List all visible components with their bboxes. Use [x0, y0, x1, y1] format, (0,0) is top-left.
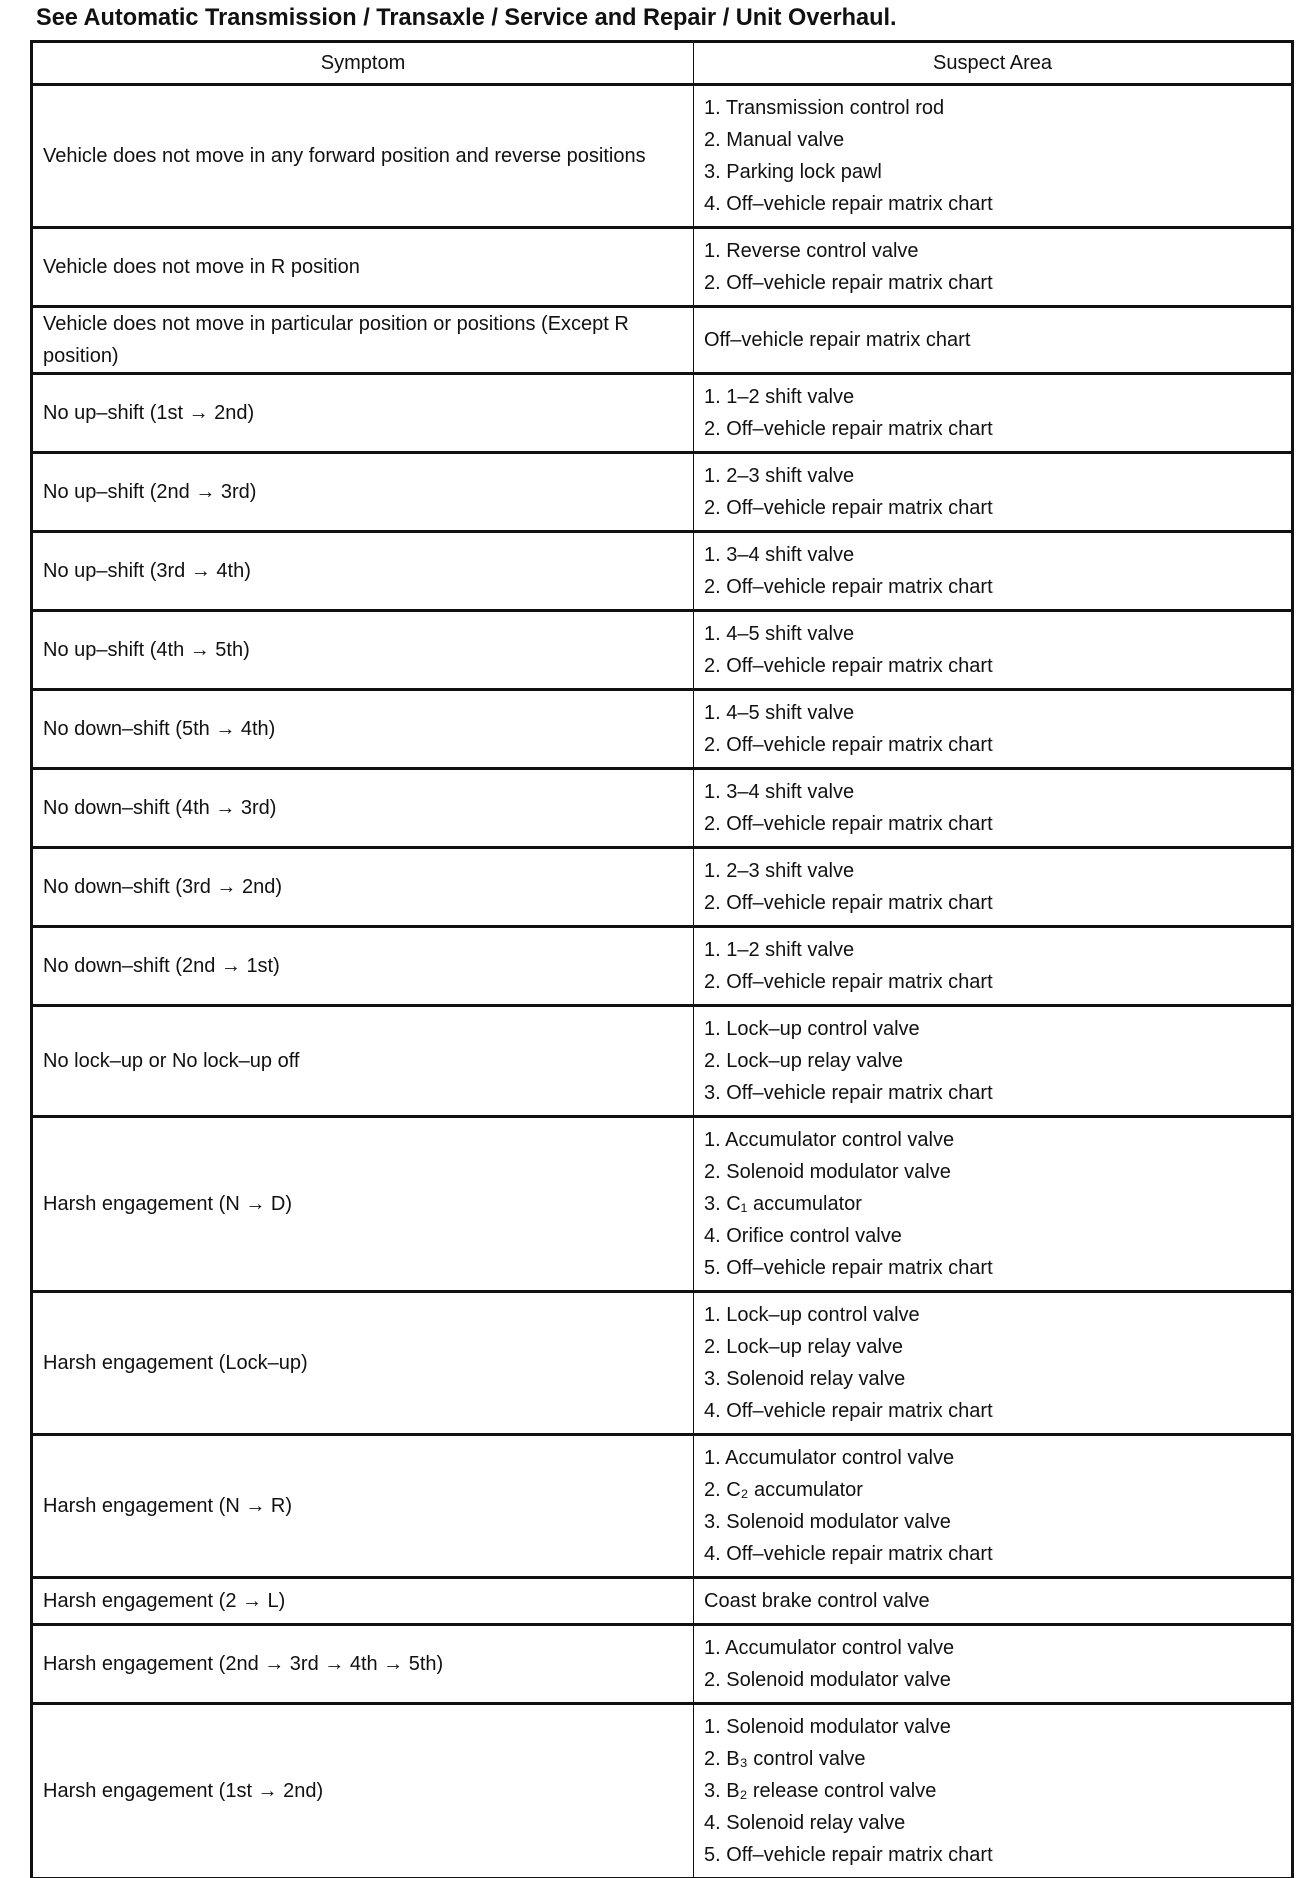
- suspect-area-cell: 1. 3–4 shift valve2. Off–vehicle repair …: [694, 532, 1293, 611]
- suspect-item: 4. Solenoid relay valve: [704, 1807, 1281, 1839]
- suspect-area-cell: 1. 2–3 shift valve2. Off–vehicle repair …: [694, 453, 1293, 532]
- suspect-item: 1. 1–2 shift valve: [704, 381, 1281, 413]
- suspect-area-cell: 1. 4–5 shift valve2. Off–vehicle repair …: [694, 611, 1293, 690]
- symptom-cell: No up–shift (4th → 5th): [32, 611, 694, 690]
- suspect-item: 3. B₂ release control valve: [704, 1775, 1281, 1807]
- symptom-cell: Vehicle does not move in R position: [32, 228, 694, 307]
- symptom-cell: Harsh engagement (N → D): [32, 1117, 694, 1292]
- suspect-item: 3. Solenoid relay valve: [704, 1363, 1281, 1395]
- suspect-item: Off–vehicle repair matrix chart: [704, 324, 1281, 356]
- suspect-item: Coast brake control valve: [704, 1585, 1281, 1617]
- symptom-cell: No lock–up or No lock–up off: [32, 1006, 694, 1117]
- suspect-area-cell: 1. 2–3 shift valve2. Off–vehicle repair …: [694, 848, 1293, 927]
- suspect-item: 1. Accumulator control valve: [704, 1632, 1281, 1664]
- table-row: Harsh engagement (N → D)1. Accumulator c…: [32, 1117, 1293, 1292]
- suspect-item: 1. 3–4 shift valve: [704, 539, 1281, 571]
- suspect-item: 5. Off–vehicle repair matrix chart: [704, 1252, 1281, 1284]
- suspect-area-cell: 1. Accumulator control valve2. Solenoid …: [694, 1117, 1293, 1292]
- symptom-cell: No down–shift (5th → 4th): [32, 690, 694, 769]
- suspect-item: 1. Solenoid modulator valve: [704, 1711, 1281, 1743]
- suspect-item: 2. Off–vehicle repair matrix chart: [704, 571, 1281, 603]
- symptom-cell: No up–shift (1st → 2nd): [32, 374, 694, 453]
- table-row: No up–shift (1st → 2nd)1. 1–2 shift valv…: [32, 374, 1293, 453]
- suspect-item: 4. Orifice control valve: [704, 1220, 1281, 1252]
- table-row: Vehicle does not move in R position1. Re…: [32, 228, 1293, 307]
- suspect-area-cell: 1. Lock–up control valve2. Lock–up relay…: [694, 1292, 1293, 1435]
- table-row: Harsh engagement (2 → L)Coast brake cont…: [32, 1578, 1293, 1625]
- symptom-cell: Vehicle does not move in particular posi…: [32, 307, 694, 374]
- suspect-item: 1. 2–3 shift valve: [704, 855, 1281, 887]
- suspect-item: 3. C₁ accumulator: [704, 1188, 1281, 1220]
- symptom-cell: Harsh engagement (1st → 2nd): [32, 1704, 694, 1878]
- suspect-item: 1. 2–3 shift valve: [704, 460, 1281, 492]
- table-row: No lock–up or No lock–up off1. Lock–up c…: [32, 1006, 1293, 1117]
- suspect-item: 4. Off–vehicle repair matrix chart: [704, 188, 1281, 220]
- suspect-item: 3. Solenoid modulator valve: [704, 1506, 1281, 1538]
- symptom-cell: Harsh engagement (2 → L): [32, 1578, 694, 1625]
- suspect-item: 3. Off–vehicle repair matrix chart: [704, 1077, 1281, 1109]
- table-row: Harsh engagement (N → R)1. Accumulator c…: [32, 1435, 1293, 1578]
- suspect-item: 1. 1–2 shift valve: [704, 934, 1281, 966]
- suspect-item: 2. B₃ control valve: [704, 1743, 1281, 1775]
- suspect-area-cell: 1. Accumulator control valve2. C₂ accumu…: [694, 1435, 1293, 1578]
- symptom-matrix-table: Symptom Suspect Area Vehicle does not mo…: [30, 40, 1294, 1878]
- suspect-item: 2. Solenoid modulator valve: [704, 1156, 1281, 1188]
- suspect-item: 3. Parking lock pawl: [704, 156, 1281, 188]
- header-symptom: Symptom: [32, 42, 694, 85]
- table-row: No down–shift (5th → 4th)1. 4–5 shift va…: [32, 690, 1293, 769]
- suspect-area-cell: 1. Accumulator control valve2. Solenoid …: [694, 1625, 1293, 1704]
- suspect-item: 2. Off–vehicle repair matrix chart: [704, 267, 1281, 299]
- table-row: No down–shift (2nd → 1st)1. 1–2 shift va…: [32, 927, 1293, 1006]
- symptom-cell: No down–shift (3rd → 2nd): [32, 848, 694, 927]
- suspect-item: 2. Lock–up relay valve: [704, 1331, 1281, 1363]
- suspect-area-cell: 1. Solenoid modulator valve2. B₃ control…: [694, 1704, 1293, 1878]
- table-row: No up–shift (3rd → 4th)1. 3–4 shift valv…: [32, 532, 1293, 611]
- symptom-cell: No down–shift (2nd → 1st): [32, 927, 694, 1006]
- suspect-item: 1. 4–5 shift valve: [704, 618, 1281, 650]
- suspect-area-cell: Coast brake control valve: [694, 1578, 1293, 1625]
- suspect-item: 2. Off–vehicle repair matrix chart: [704, 808, 1281, 840]
- suspect-item: 2. Off–vehicle repair matrix chart: [704, 650, 1281, 682]
- suspect-area-cell: 1. 1–2 shift valve2. Off–vehicle repair …: [694, 927, 1293, 1006]
- table-row: Harsh engagement (1st → 2nd)1. Solenoid …: [32, 1704, 1293, 1878]
- suspect-area-cell: 1. Lock–up control valve2. Lock–up relay…: [694, 1006, 1293, 1117]
- suspect-item: 1. Transmission control rod: [704, 92, 1281, 124]
- symptom-cell: Vehicle does not move in any forward pos…: [32, 85, 694, 228]
- header-suspect-area: Suspect Area: [694, 42, 1293, 85]
- suspect-area-cell: 1. Transmission control rod2. Manual val…: [694, 85, 1293, 228]
- symptom-cell: No up–shift (3rd → 4th): [32, 532, 694, 611]
- symptom-cell: Harsh engagement (2nd → 3rd → 4th → 5th): [32, 1625, 694, 1704]
- suspect-area-cell: 1. 4–5 shift valve2. Off–vehicle repair …: [694, 690, 1293, 769]
- suspect-item: 2. Off–vehicle repair matrix chart: [704, 492, 1281, 524]
- table-row: Vehicle does not move in any forward pos…: [32, 85, 1293, 228]
- suspect-area-cell: 1. 1–2 shift valve2. Off–vehicle repair …: [694, 374, 1293, 453]
- suspect-item: 2. Off–vehicle repair matrix chart: [704, 966, 1281, 998]
- symptom-cell: Harsh engagement (Lock–up): [32, 1292, 694, 1435]
- suspect-item: 2. Manual valve: [704, 124, 1281, 156]
- suspect-item: 5. Off–vehicle repair matrix chart: [704, 1839, 1281, 1871]
- suspect-item: 4. Off–vehicle repair matrix chart: [704, 1538, 1281, 1570]
- suspect-item: 2. C₂ accumulator: [704, 1474, 1281, 1506]
- table-body: Vehicle does not move in any forward pos…: [32, 85, 1293, 1878]
- suspect-area-cell: Off–vehicle repair matrix chart: [694, 307, 1293, 374]
- table-row: No up–shift (4th → 5th)1. 4–5 shift valv…: [32, 611, 1293, 690]
- suspect-item: 1. Lock–up control valve: [704, 1299, 1281, 1331]
- table-row: No down–shift (4th → 3rd)1. 3–4 shift va…: [32, 769, 1293, 848]
- suspect-area-cell: 1. Reverse control valve2. Off–vehicle r…: [694, 228, 1293, 307]
- symptom-cell: No up–shift (2nd → 3rd): [32, 453, 694, 532]
- suspect-item: 2. Solenoid modulator valve: [704, 1664, 1281, 1696]
- table-row: No down–shift (3rd → 2nd)1. 2–3 shift va…: [32, 848, 1293, 927]
- symptom-cell: No down–shift (4th → 3rd): [32, 769, 694, 848]
- suspect-item: 1. 4–5 shift valve: [704, 697, 1281, 729]
- table-header-row: Symptom Suspect Area: [32, 42, 1293, 85]
- suspect-item: 4. Off–vehicle repair matrix chart: [704, 1395, 1281, 1427]
- suspect-item: 1. Lock–up control valve: [704, 1013, 1281, 1045]
- suspect-item: 1. Accumulator control valve: [704, 1442, 1281, 1474]
- suspect-item: 2. Lock–up relay valve: [704, 1045, 1281, 1077]
- suspect-item: 1. 3–4 shift valve: [704, 776, 1281, 808]
- suspect-area-cell: 1. 3–4 shift valve2. Off–vehicle repair …: [694, 769, 1293, 848]
- table-row: No up–shift (2nd → 3rd)1. 2–3 shift valv…: [32, 453, 1293, 532]
- table-row: Vehicle does not move in particular posi…: [32, 307, 1293, 374]
- table-row: Harsh engagement (2nd → 3rd → 4th → 5th)…: [32, 1625, 1293, 1704]
- suspect-item: 2. Off–vehicle repair matrix chart: [704, 413, 1281, 445]
- table-row: Harsh engagement (Lock–up)1. Lock–up con…: [32, 1292, 1293, 1435]
- symptom-cell: Harsh engagement (N → R): [32, 1435, 694, 1578]
- suspect-item: 1. Reverse control valve: [704, 235, 1281, 267]
- suspect-item: 2. Off–vehicle repair matrix chart: [704, 887, 1281, 919]
- suspect-item: 2. Off–vehicle repair matrix chart: [704, 729, 1281, 761]
- document-title: See Automatic Transmission / Transaxle /…: [36, 4, 897, 32]
- suspect-item: 1. Accumulator control valve: [704, 1124, 1281, 1156]
